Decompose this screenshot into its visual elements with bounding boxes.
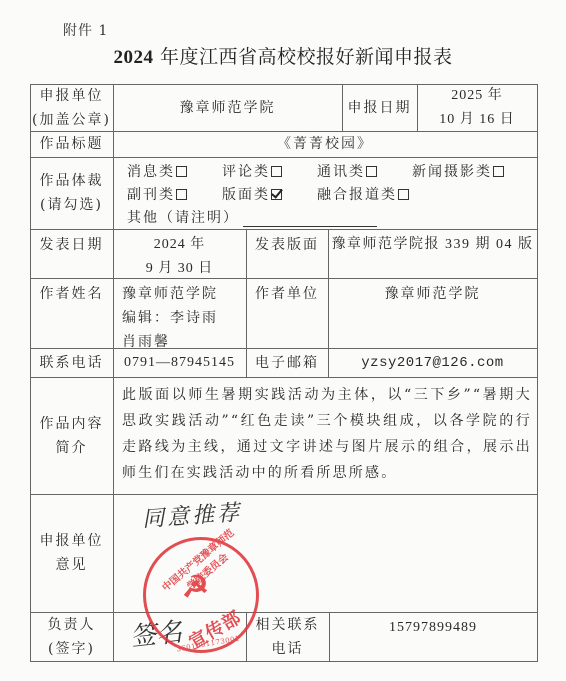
genre-option-news[interactable]: 消息类	[127, 161, 187, 181]
label-text: (签字)	[48, 637, 95, 661]
checkbox-icon[interactable]	[176, 166, 187, 177]
applicant-unit-label: 申报单位 (加盖公章)	[30, 84, 113, 131]
checkbox-checked-icon[interactable]	[271, 189, 282, 200]
official-seal: 中国共产党豫章师范学院委员会 ☭ 宣传部 3601001173001	[143, 537, 259, 653]
email-label: 电子邮箱	[246, 348, 328, 377]
label-text: (加盖公章)	[32, 108, 111, 132]
attachment-label: 附件 1	[63, 20, 108, 40]
summary-text[interactable]: 此版面以师生暑期实践活动为主体，以“三下乡”“暑期大思政实践活动”“红色走读”三…	[122, 382, 532, 486]
genre-label: 作品体裁 (请勾选)	[30, 157, 113, 229]
date-line: 2024 年	[154, 233, 206, 257]
application-form-table: 申报单位 (加盖公章) 豫章师范学院 申报日期 2025 年 10 月 16 日…	[30, 84, 537, 661]
related-phone-label: 相关联系 电话	[246, 612, 329, 661]
checkbox-icon[interactable]	[176, 189, 187, 200]
work-title-value[interactable]: 《菁菁校园》	[113, 131, 537, 157]
phone-label: 联系电话	[30, 348, 113, 377]
genre-option-photo[interactable]: 新闻摄影类	[412, 161, 504, 181]
related-phone-value[interactable]: 15797899489	[329, 612, 537, 661]
genre-option-other[interactable]: 其他（请注明）	[127, 207, 377, 227]
apply-date-label: 申报日期	[342, 84, 417, 131]
author-line: 豫章师范学院	[122, 282, 218, 306]
option-label: 评论类	[222, 164, 270, 180]
date-line: 10 月 16 日	[439, 108, 515, 132]
author-line: 编辑：李诗雨	[122, 306, 218, 330]
option-label: 融合报道类	[317, 187, 397, 203]
publish-page-label: 发表版面	[246, 229, 328, 278]
author-unit-value[interactable]: 豫章师范学院	[328, 278, 537, 348]
option-label: 新闻摄影类	[412, 164, 492, 180]
label-text: (请勾选)	[40, 193, 103, 217]
publish-date-label: 发表日期	[30, 229, 113, 278]
option-label: 通讯类	[317, 164, 365, 180]
genre-option-commentary[interactable]: 评论类	[222, 161, 282, 181]
label-text: 作品体裁	[40, 169, 104, 193]
option-label: 版面类	[222, 187, 270, 203]
author-unit-label: 作者单位	[246, 278, 328, 348]
work-title-label: 作品标题	[30, 131, 113, 157]
option-label: 其他（请注明）	[127, 210, 239, 226]
label-text: 意见	[56, 553, 88, 577]
page-title: 2024 年度江西省高校校报好新闻申报表	[0, 42, 566, 69]
title-text: 年度江西省高校校报好新闻申报表	[153, 46, 452, 68]
apply-date-value[interactable]: 2025 年 10 月 16 日	[417, 84, 537, 131]
genre-option-convergence[interactable]: 融合报道类	[317, 184, 409, 204]
genre-option-layout[interactable]: 版面类	[222, 184, 282, 204]
summary-label: 作品内容 简介	[30, 377, 113, 494]
email-value[interactable]: yzsy2017@126.com	[328, 348, 537, 377]
phone-value[interactable]: 0791—87945145	[113, 348, 246, 377]
unit-opinion-label: 申报单位 意见	[30, 494, 113, 612]
label-text: 负责人	[48, 613, 96, 637]
publish-page-value[interactable]: 豫章师范学院报 339 期 04 版	[328, 229, 537, 278]
genre-option-supplement[interactable]: 副刊类	[127, 184, 187, 204]
label-text: 简介	[56, 436, 88, 460]
responsible-label: 负责人 (签字)	[30, 612, 113, 661]
label-text: 申报单位	[40, 84, 104, 108]
author-name-value[interactable]: 豫章师范学院 编辑：李诗雨 肖雨馨	[113, 278, 246, 348]
checkbox-icon[interactable]	[493, 166, 504, 177]
genre-option-feature[interactable]: 通讯类	[317, 161, 377, 181]
label-text: 电话	[272, 637, 304, 661]
party-emblem-icon: ☭	[182, 570, 209, 605]
date-line: 2025 年	[451, 84, 503, 108]
option-label: 消息类	[127, 164, 175, 180]
label-text: 申报单位	[40, 529, 104, 553]
author-name-label: 作者姓名	[30, 278, 113, 348]
label-text: 作品内容	[40, 412, 104, 436]
border	[30, 661, 537, 662]
checkbox-icon[interactable]	[271, 166, 282, 177]
other-input[interactable]	[243, 212, 377, 227]
applicant-unit-value[interactable]: 豫章师范学院	[113, 84, 342, 131]
option-label: 副刊类	[127, 187, 175, 203]
label-text: 相关联系	[256, 613, 320, 637]
checkbox-icon[interactable]	[398, 189, 409, 200]
publish-date-value[interactable]: 2024 年 9 月 30 日	[113, 229, 246, 278]
border	[537, 84, 538, 662]
checkbox-icon[interactable]	[366, 166, 377, 177]
title-year: 2024	[113, 47, 153, 68]
